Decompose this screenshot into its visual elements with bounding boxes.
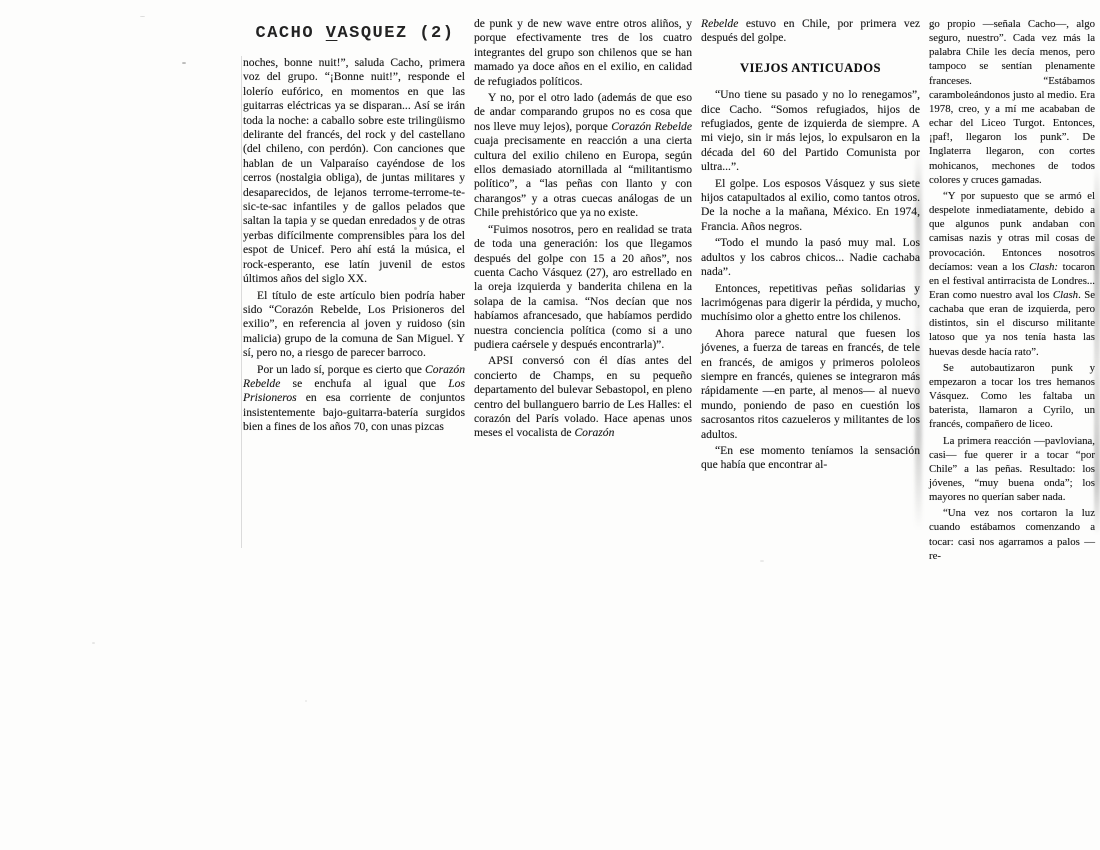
text-run: se enchufa al igual que: [280, 377, 448, 390]
paragraph: “En ese momento teníamos la sensación qu…: [701, 444, 920, 473]
text-run: “Todo el mundo la pasó muy mal. Los adul…: [701, 236, 920, 278]
paragraph: “Y por supuesto que se armó el despelote…: [929, 189, 1095, 359]
text-run: cuaja precisamente en reacción a una cie…: [474, 134, 692, 219]
italic-text-run: Corazón Rebelde: [611, 120, 692, 133]
text-run: “Fuimos nosotros, pero en realidad se tr…: [474, 223, 692, 351]
text-run: Se autobautizaron punk y empezaron a toc…: [929, 362, 1095, 431]
paragraph: Se autobautizaron punk y empezaron a toc…: [929, 361, 1095, 432]
paragraph: Ahora parece natural que fuesen los jóve…: [701, 327, 920, 442]
paragraph: “Fuimos nosotros, pero en realidad se tr…: [474, 223, 692, 353]
paragraph: APSI conversó con él días antes del conc…: [474, 354, 692, 440]
text-run: go propio —señala Cacho—, algo seguro, n…: [929, 18, 1095, 186]
text-run: “Una vez nos cortaron la luz cuando está…: [929, 507, 1095, 561]
text-run: de punk y de new wave entre otros aliños…: [474, 17, 692, 88]
text-run: “En ese momento teníamos la sensación qu…: [701, 444, 920, 471]
paragraph: “Una vez nos cortaron la luz cuando está…: [929, 506, 1095, 563]
scan-speck: [182, 62, 186, 64]
paragraph: El golpe. Los esposos Vásquez y sus siet…: [701, 177, 920, 235]
italic-text-run: Corazón: [574, 426, 614, 439]
paragraph: El título de este artículo bien podría h…: [243, 289, 465, 361]
paragraph: “Uno tiene su pasado y no lo renegamos”,…: [701, 88, 920, 174]
scan-column-rule: [241, 56, 242, 548]
scan-speck: [305, 700, 307, 702]
scan-speck: [140, 16, 145, 17]
paragraph: “Todo el mundo la pasó muy mal. Los adul…: [701, 236, 920, 279]
paragraph: go propio —señala Cacho—, algo seguro, n…: [929, 17, 1095, 187]
italic-text-run: Rebelde: [701, 17, 738, 30]
paragraph: Y no, por el otro lado (además de que es…: [474, 91, 692, 221]
paragraph: de punk y de new wave entre otros aliños…: [474, 17, 692, 89]
italic-text-run: Clash: [1053, 289, 1078, 301]
article-columns: noches, bonne nuit!”, saluda Cacho, prim…: [243, 17, 1095, 563]
text-run: El título de este artículo bien podría h…: [243, 289, 465, 360]
paragraph: Rebelde estuvo en Chile, por primera vez…: [701, 17, 920, 46]
column-1: noches, bonne nuit!”, saluda Cacho, prim…: [243, 17, 465, 563]
text-run: Entonces, repetitivas peñas solidarias y…: [701, 282, 920, 324]
column-3: Rebelde estuvo en Chile, por primera vez…: [701, 17, 920, 563]
text-run: La primera reacción —pavloviana, casi— f…: [929, 435, 1095, 504]
paragraph: Por un lado sí, porque es cierto que Cor…: [243, 363, 465, 435]
paragraph: noches, bonne nuit!”, saluda Cacho, prim…: [243, 56, 465, 287]
scanned-article-page: CACHO VASQUEZ (2) noches, bonne nuit!”, …: [0, 0, 1100, 850]
text-run: “Uno tiene su pasado y no lo renegamos”,…: [701, 88, 920, 173]
paragraph: Entonces, repetitivas peñas solidarias y…: [701, 282, 920, 325]
column-4: go propio —señala Cacho—, algo seguro, n…: [929, 17, 1095, 563]
text-run: noches, bonne nuit!”, saluda Cacho, prim…: [243, 56, 465, 285]
column-2: de punk y de new wave entre otros aliños…: [474, 17, 692, 563]
paragraph: La primera reacción —pavloviana, casi— f…: [929, 434, 1095, 505]
text-run: El golpe. Los esposos Vásquez y sus siet…: [701, 177, 920, 233]
section-heading: VIEJOS ANTICUADOS: [701, 61, 920, 75]
text-run: Por un lado sí, porque es cierto que: [257, 363, 425, 376]
text-run: Ahora parece natural que fuesen los jóve…: [701, 327, 920, 441]
italic-text-run: Clash:: [1029, 261, 1058, 273]
scan-speck: [92, 642, 95, 644]
